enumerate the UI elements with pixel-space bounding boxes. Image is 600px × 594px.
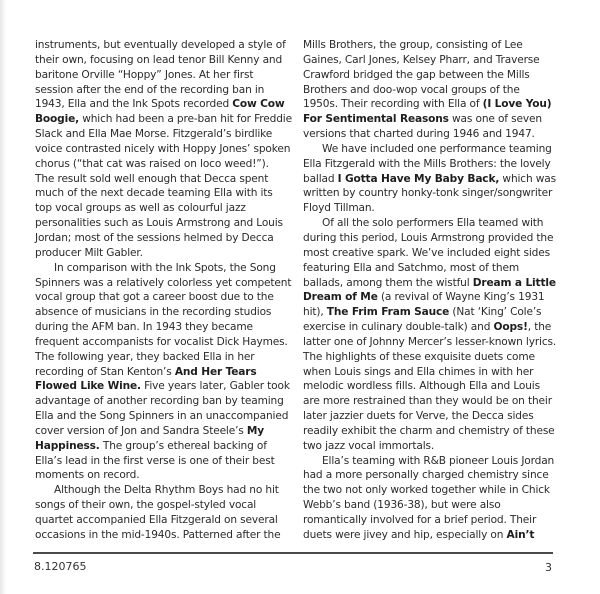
text-line: Happiness. The group’s ethereal backing … bbox=[35, 439, 300, 454]
text-segment: which was bbox=[499, 173, 556, 185]
text-segment: latter one of Johnny Mercer’s lesser-kno… bbox=[303, 336, 556, 348]
text-segment: chorus (“that cat was raised on loco wee… bbox=[35, 158, 269, 170]
text-segment: exercise in culinary double-talk) and bbox=[303, 321, 494, 333]
text-segment: (Nat ‘King’ Cole’s bbox=[449, 306, 541, 318]
song-title: Happiness. bbox=[35, 440, 100, 452]
text-line: versions that charted during 1946 and 19… bbox=[303, 127, 563, 142]
text-line: top vocal groups as well as colourful ja… bbox=[35, 201, 300, 216]
text-segment: which had been a pre-ban hit for Freddie bbox=[79, 113, 292, 125]
text-segment: , the bbox=[528, 321, 551, 333]
text-segment: Spinners was a relatively colorless yet … bbox=[35, 277, 291, 289]
text-segment: The result sold well enough that Decca s… bbox=[35, 173, 268, 185]
text-line: Ella Fitzgerald with the Mills Brothers:… bbox=[303, 157, 563, 172]
text-line: featuring Ella and Satchmo, most of them bbox=[303, 261, 563, 276]
text-line: ballads, among them the wistful Dream a … bbox=[303, 276, 563, 291]
text-line: ballad I Gotta Have My Baby Back, which … bbox=[303, 172, 563, 187]
text-segment: most creative spark. We’ve included eigh… bbox=[303, 247, 550, 259]
text-segment: Although the Delta Rhythm Boys had no hi… bbox=[54, 484, 279, 496]
right-text-column: Mills Brothers, the group, consisting of… bbox=[303, 38, 563, 543]
text-segment: personalities such as Louis Armstrong an… bbox=[35, 217, 283, 229]
text-line: session after the end of the recording b… bbox=[35, 83, 300, 98]
text-line: For Sentimental Reasons was one of seven bbox=[303, 112, 563, 127]
text-line: personalities such as Louis Armstrong an… bbox=[35, 216, 300, 231]
text-line: moments on record. bbox=[35, 468, 300, 483]
text-line: recording of Stan Kenton’s And Her Tears bbox=[35, 365, 300, 380]
text-segment: when Louis sings and Ella chimes in with… bbox=[303, 366, 533, 378]
song-title: For Sentimental Reasons bbox=[303, 113, 449, 125]
song-title: Ain’t bbox=[507, 529, 535, 541]
text-line: Ella’s lead in the first verse is one of… bbox=[35, 454, 300, 469]
text-segment: romantically involved for a brief period… bbox=[303, 514, 536, 526]
text-line: Webb’s band (1936-38), but were also bbox=[303, 498, 563, 513]
text-segment: Five years later, Gabler took bbox=[141, 380, 290, 392]
text-line: their own, focusing on lead tenor Bill K… bbox=[35, 53, 300, 68]
text-segment: Webb’s band (1936-38), but were also bbox=[303, 499, 501, 511]
text-segment: later jazzier duets for Verve, the Decca… bbox=[303, 410, 534, 422]
left-text-column: instruments, but eventually developed a … bbox=[35, 38, 300, 543]
catalog-number: 8.120765 bbox=[34, 560, 87, 573]
text-segment: ballad bbox=[303, 173, 338, 185]
text-line: cover version of Jon and Sandra Steele’s… bbox=[35, 424, 300, 439]
text-segment: duets were jivey and hip, especially on bbox=[303, 529, 507, 541]
text-segment: during the AFM ban. In 1943 they became bbox=[35, 321, 253, 333]
text-line: absence of musicians in the recording st… bbox=[35, 305, 300, 320]
text-segment: The group’s ethereal backing of bbox=[100, 440, 267, 452]
text-segment: melodic wordless fills. Although Ella an… bbox=[303, 380, 540, 392]
text-segment: ballads, among them the wistful bbox=[303, 277, 473, 289]
footer-rule bbox=[33, 552, 553, 554]
text-line: 1943, Ella and the Ink Spots recorded Co… bbox=[35, 97, 300, 112]
text-line: Ella’s teaming with R&B pioneer Louis Jo… bbox=[303, 454, 563, 469]
text-line: The highlights of these exquisite duets … bbox=[303, 350, 563, 365]
text-segment: written by country honky-tonk singer/son… bbox=[303, 187, 552, 199]
text-segment: their own, focusing on lead tenor Bill K… bbox=[35, 54, 282, 66]
text-segment: Slack and Ella Mae Morse. Fitzgerald’s b… bbox=[35, 128, 272, 140]
text-line: quartet accompanied Ella Fitzgerald on s… bbox=[35, 513, 300, 528]
text-segment: 1943, Ella and the Ink Spots recorded bbox=[35, 98, 232, 110]
text-line: written by country honky-tonk singer/son… bbox=[303, 186, 563, 201]
text-segment: 1950s. Their recording with Ella of bbox=[303, 98, 483, 110]
text-line: when Louis sings and Ella chimes in with… bbox=[303, 365, 563, 380]
text-segment: The following year, they backed Ella in … bbox=[35, 351, 254, 363]
text-line: Flowed Like Wine. Five years later, Gabl… bbox=[35, 379, 300, 394]
text-line: Crawford bridged the gap between the Mil… bbox=[303, 68, 563, 83]
text-segment: Ella’s lead in the first verse is one of… bbox=[35, 455, 275, 467]
text-segment: cover version of Jon and Sandra Steele’s bbox=[35, 425, 247, 437]
text-line: frequent accompanists for vocalist Dick … bbox=[35, 335, 300, 350]
song-title: My bbox=[247, 425, 264, 437]
song-title: Dream of Me bbox=[303, 291, 378, 303]
text-line: most creative spark. We’ve included eigh… bbox=[303, 246, 563, 261]
song-title: Oops! bbox=[494, 321, 528, 333]
text-line: The result sold well enough that Decca s… bbox=[35, 172, 300, 187]
song-title: Boogie, bbox=[35, 113, 79, 125]
text-line: baritone Orville “Hoppy” Jones. At her f… bbox=[35, 68, 300, 83]
text-line: romantically involved for a brief period… bbox=[303, 513, 563, 528]
text-segment: hit), bbox=[303, 306, 327, 318]
text-line: Ella and the Song Spinners in an unaccom… bbox=[35, 409, 300, 424]
text-line: Dream of Me (a revival of Wayne King’s 1… bbox=[303, 290, 563, 305]
text-segment: Mills Brothers, the group, consisting of… bbox=[303, 39, 523, 51]
text-segment: session after the end of the recording b… bbox=[35, 84, 264, 96]
text-segment: featuring Ella and Satchmo, most of them bbox=[303, 262, 519, 274]
text-segment: two jazz vocal immortals. bbox=[303, 440, 434, 452]
text-segment: Gaines, Carl Jones, Kelsey Pharr, and Tr… bbox=[303, 54, 540, 66]
text-line: during the AFM ban. In 1943 they became bbox=[35, 320, 300, 335]
text-segment: occasions in the mid-1940s. Patterned af… bbox=[35, 529, 280, 541]
text-segment: quartet accompanied Ella Fitzgerald on s… bbox=[35, 514, 278, 526]
text-line: chorus (“that cat was raised on loco wee… bbox=[35, 157, 300, 172]
text-segment: frequent accompanists for vocalist Dick … bbox=[35, 336, 288, 348]
text-line: songs of their own, the gospel-styled vo… bbox=[35, 498, 300, 513]
text-segment: much of the next decade teaming Ella wit… bbox=[35, 187, 273, 199]
text-line: two jazz vocal immortals. bbox=[303, 439, 563, 454]
text-segment: during this period, Louis Armstrong prov… bbox=[303, 232, 553, 244]
text-line: vocal group that got a career boost due … bbox=[35, 290, 300, 305]
text-segment: Floyd Tillman. bbox=[303, 202, 375, 214]
text-line: Mills Brothers, the group, consisting of… bbox=[303, 38, 563, 53]
text-segment: We have included one performance teaming bbox=[322, 143, 552, 155]
text-segment: was one of seven bbox=[449, 113, 542, 125]
text-segment: readily exhibit the charm and chemistry … bbox=[303, 425, 555, 437]
text-line: Boogie, which had been a pre-ban hit for… bbox=[35, 112, 300, 127]
text-line: Gaines, Carl Jones, Kelsey Pharr, and Tr… bbox=[303, 53, 563, 68]
text-segment: (a revival of Wayne King’s 1931 bbox=[378, 291, 545, 303]
song-title: Dream a Little bbox=[473, 277, 556, 289]
text-segment: had a more personally charged chemistry … bbox=[303, 469, 549, 481]
song-title: I Gotta Have My Baby Back, bbox=[338, 173, 500, 185]
text-segment: Jordan; most of the sessions helmed by D… bbox=[35, 232, 274, 244]
text-line: much of the next decade teaming Ella wit… bbox=[35, 186, 300, 201]
text-line: In comparison with the Ink Spots, the So… bbox=[35, 261, 300, 276]
text-segment: Crawford bridged the gap between the Mil… bbox=[303, 69, 530, 81]
text-segment: producer Milt Gabler. bbox=[35, 247, 143, 259]
text-line: Spinners was a relatively colorless yet … bbox=[35, 276, 300, 291]
text-segment: absence of musicians in the recording st… bbox=[35, 306, 271, 318]
text-segment: baritone Orville “Hoppy” Jones. At her f… bbox=[35, 69, 253, 81]
text-line: latter one of Johnny Mercer’s lesser-kno… bbox=[303, 335, 563, 350]
page-edge-shadow bbox=[0, 0, 6, 594]
song-title: (I Love You) bbox=[483, 98, 552, 110]
text-line: melodic wordless fills. Although Ella an… bbox=[303, 379, 563, 394]
text-line: We have included one performance teaming bbox=[303, 142, 563, 157]
page-number: 3 bbox=[545, 561, 552, 574]
text-segment: instruments, but eventually developed a … bbox=[35, 39, 286, 51]
text-line: during this period, Louis Armstrong prov… bbox=[303, 231, 563, 246]
text-line: are more restrained than they would be o… bbox=[303, 394, 563, 409]
text-segment: voice contrasted nicely with Hoppy Jones… bbox=[35, 143, 290, 155]
text-segment: Ella and the Song Spinners in an unaccom… bbox=[35, 410, 288, 422]
text-segment: Of all the solo performers Ella teamed w… bbox=[322, 217, 543, 229]
song-title: Flowed Like Wine. bbox=[35, 380, 141, 392]
text-segment: vocal group that got a career boost due … bbox=[35, 291, 274, 303]
text-segment: moments on record. bbox=[35, 469, 139, 481]
text-segment: Ella’s teaming with R&B pioneer Louis Jo… bbox=[322, 455, 554, 467]
text-segment: The highlights of these exquisite duets … bbox=[303, 351, 535, 363]
text-line: had a more personally charged chemistry … bbox=[303, 468, 563, 483]
text-line: Slack and Ella Mae Morse. Fitzgerald’s b… bbox=[35, 127, 300, 142]
text-segment: recording of Stan Kenton’s bbox=[35, 366, 175, 378]
text-segment: the two not only worked together while i… bbox=[303, 484, 550, 496]
text-line: exercise in culinary double-talk) and Oo… bbox=[303, 320, 563, 335]
text-line: readily exhibit the charm and chemistry … bbox=[303, 424, 563, 439]
song-title: Cow Cow bbox=[232, 98, 284, 110]
text-line: voice contrasted nicely with Hoppy Jones… bbox=[35, 142, 300, 157]
text-segment: In comparison with the Ink Spots, the So… bbox=[54, 262, 276, 274]
song-title: And Her Tears bbox=[175, 366, 257, 378]
text-line: later jazzier duets for Verve, the Decca… bbox=[303, 409, 563, 424]
text-segment: songs of their own, the gospel-styled vo… bbox=[35, 499, 256, 511]
text-segment: are more restrained than they would be o… bbox=[303, 395, 552, 407]
text-line: advantage of another recording ban by te… bbox=[35, 394, 300, 409]
song-title: The Frim Fram Sauce bbox=[327, 306, 449, 318]
text-line: instruments, but eventually developed a … bbox=[35, 38, 300, 53]
text-line: Jordan; most of the sessions helmed by D… bbox=[35, 231, 300, 246]
text-line: occasions in the mid-1940s. Patterned af… bbox=[35, 528, 300, 543]
text-line: the two not only worked together while i… bbox=[303, 483, 563, 498]
text-line: hit), The Frim Fram Sauce (Nat ‘King’ Co… bbox=[303, 305, 563, 320]
text-line: Although the Delta Rhythm Boys had no hi… bbox=[35, 483, 300, 498]
text-segment: Ella Fitzgerald with the Mills Brothers:… bbox=[303, 158, 551, 170]
text-line: producer Milt Gabler. bbox=[35, 246, 300, 261]
text-segment: top vocal groups as well as colourful ja… bbox=[35, 202, 246, 214]
text-line: Brothers and doo-wop vocal groups of the bbox=[303, 83, 563, 98]
text-segment: versions that charted during 1946 and 19… bbox=[303, 128, 535, 140]
text-segment: advantage of another recording ban by te… bbox=[35, 395, 284, 407]
text-line: 1950s. Their recording with Ella of (I L… bbox=[303, 97, 563, 112]
text-line: The following year, they backed Ella in … bbox=[35, 350, 300, 365]
text-line: duets were jivey and hip, especially on … bbox=[303, 528, 563, 543]
text-line: Of all the solo performers Ella teamed w… bbox=[303, 216, 563, 231]
text-segment: Brothers and doo-wop vocal groups of the bbox=[303, 84, 520, 96]
text-line: Floyd Tillman. bbox=[303, 201, 563, 216]
